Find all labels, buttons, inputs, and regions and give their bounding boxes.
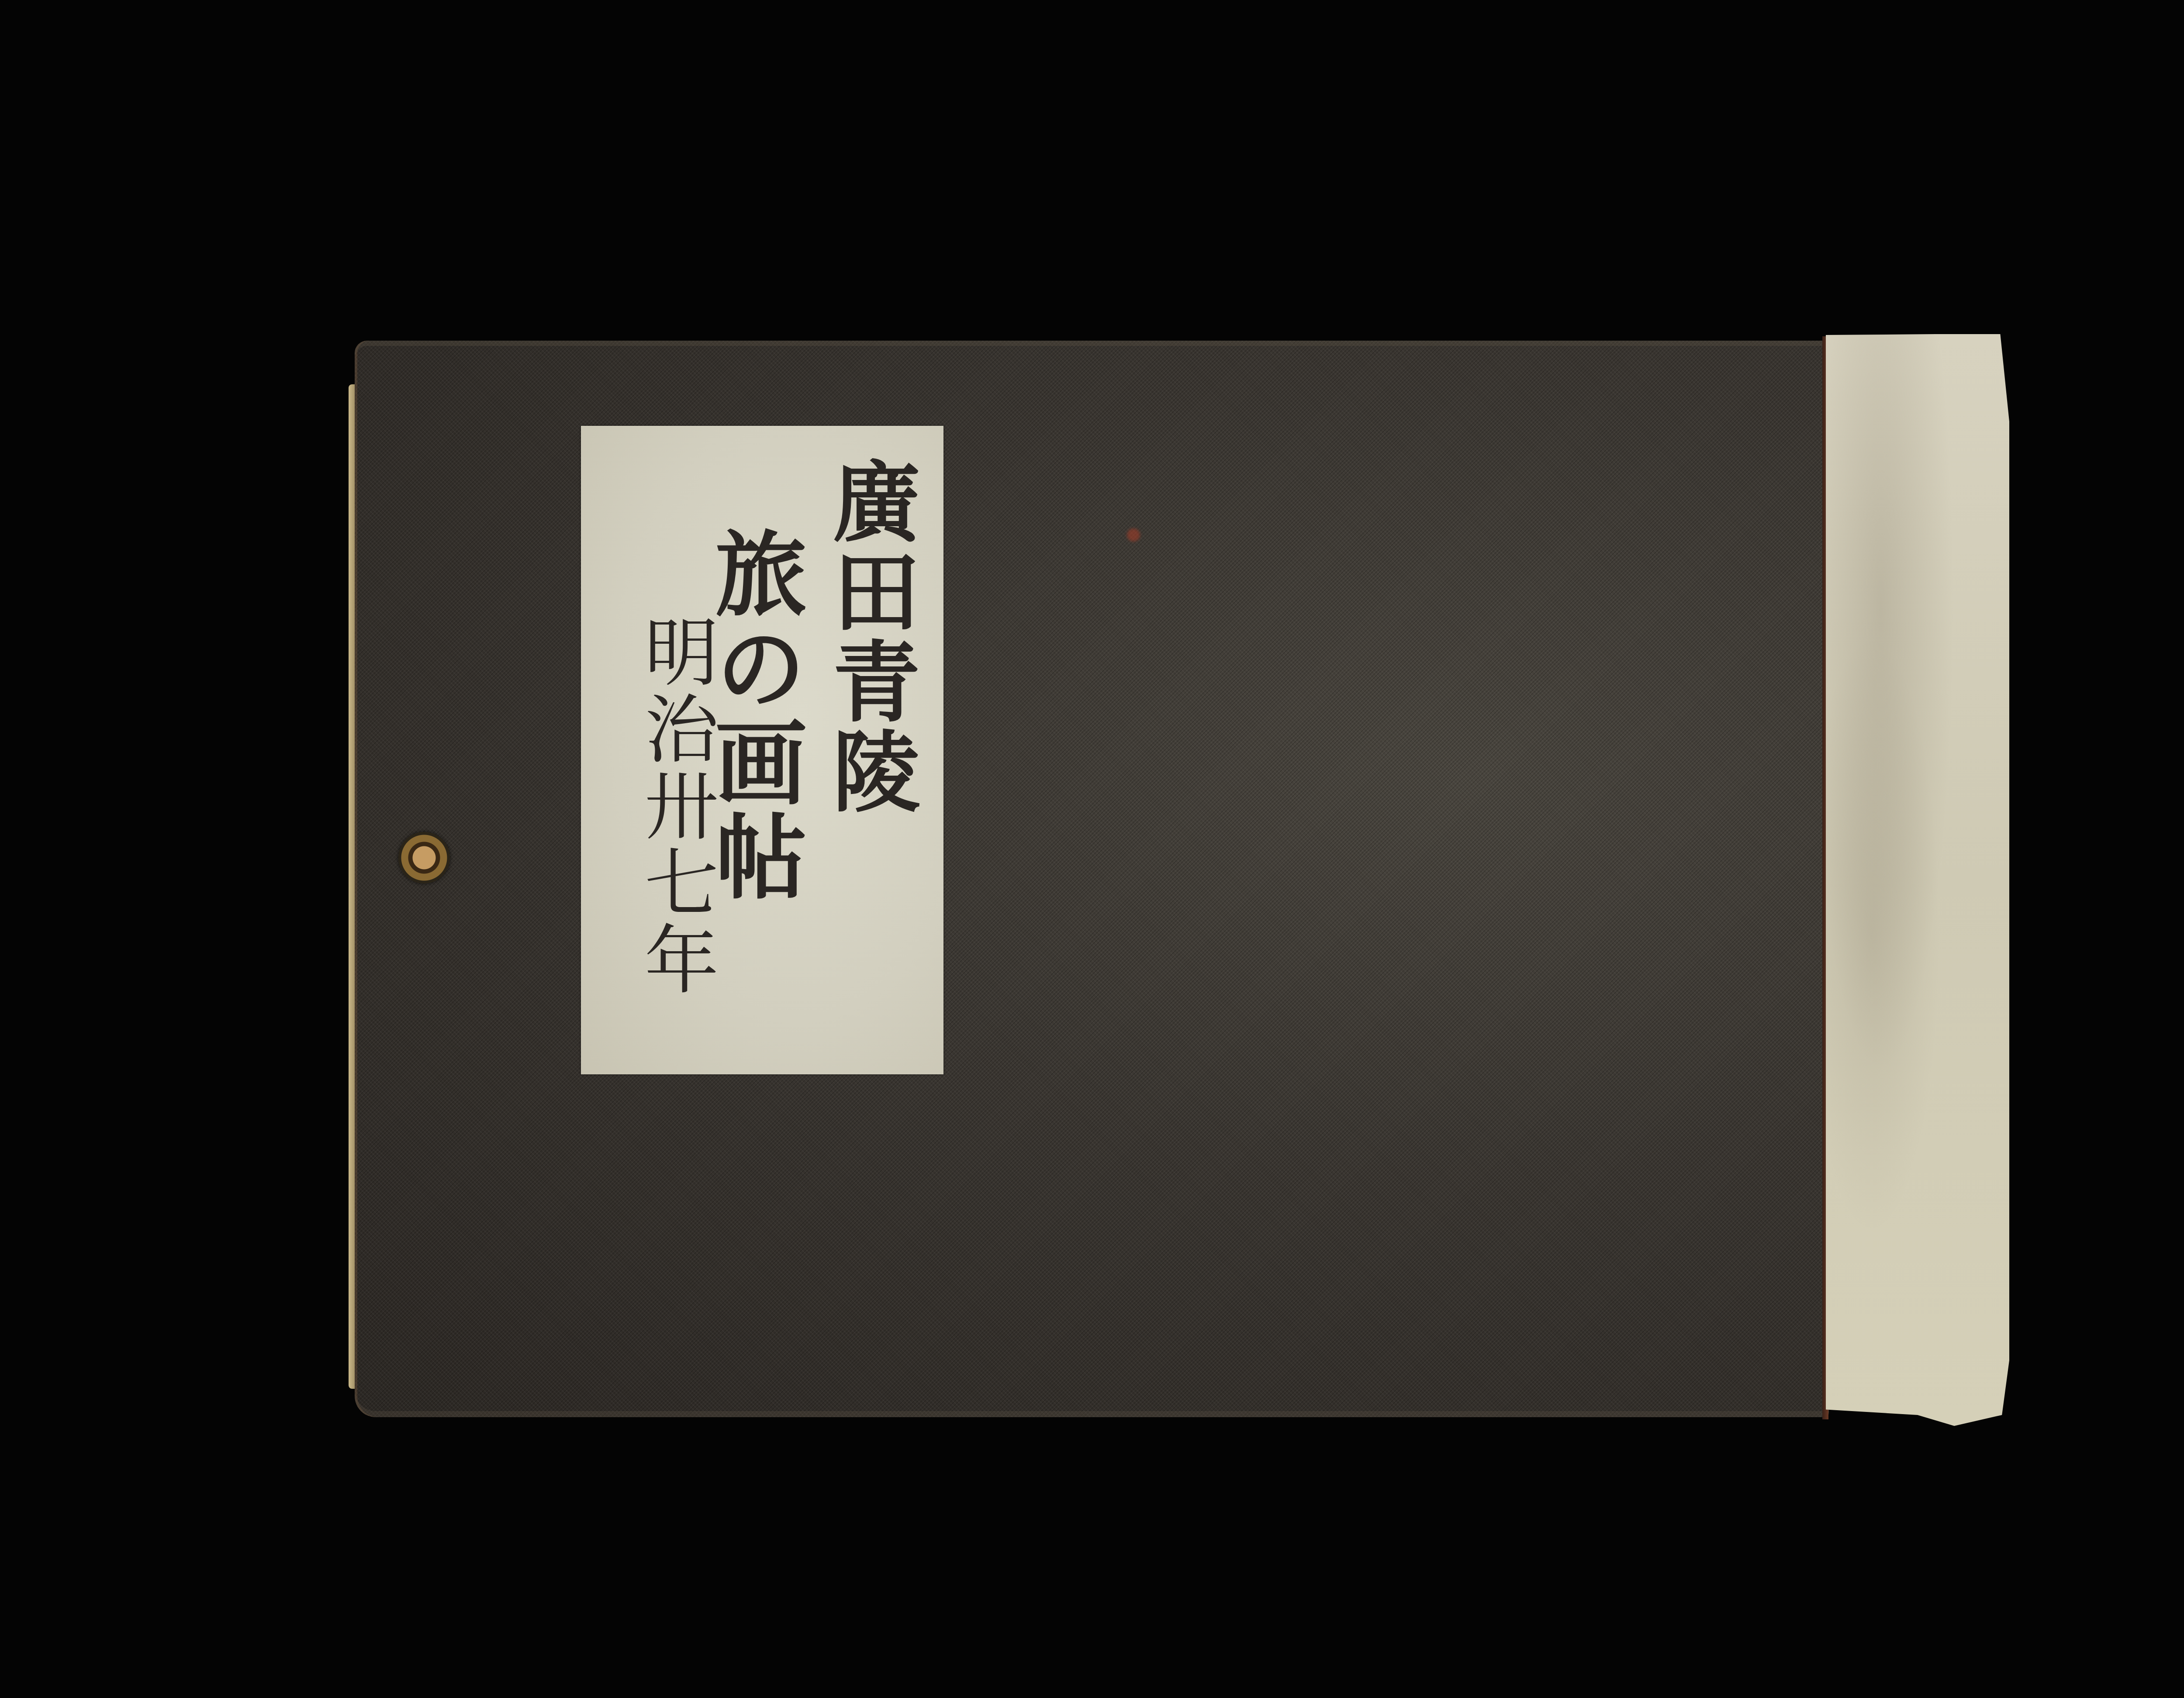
calligraphy-label: 廣田青陵 旅の画帖 明治卅七年 [581,426,943,1074]
book-cover [355,341,1829,1417]
red-speck [1127,528,1140,542]
label-date: 明治卅七年 [638,614,712,998]
label-title: 旅の画帖 [708,526,799,904]
brass-grommet-icon [398,832,450,884]
photo-background: 廣田青陵 旅の画帖 明治卅七年 [0,0,2184,1698]
paper-spine-wrapper [1826,334,2009,1426]
label-author: 廣田青陵 [826,456,913,816]
